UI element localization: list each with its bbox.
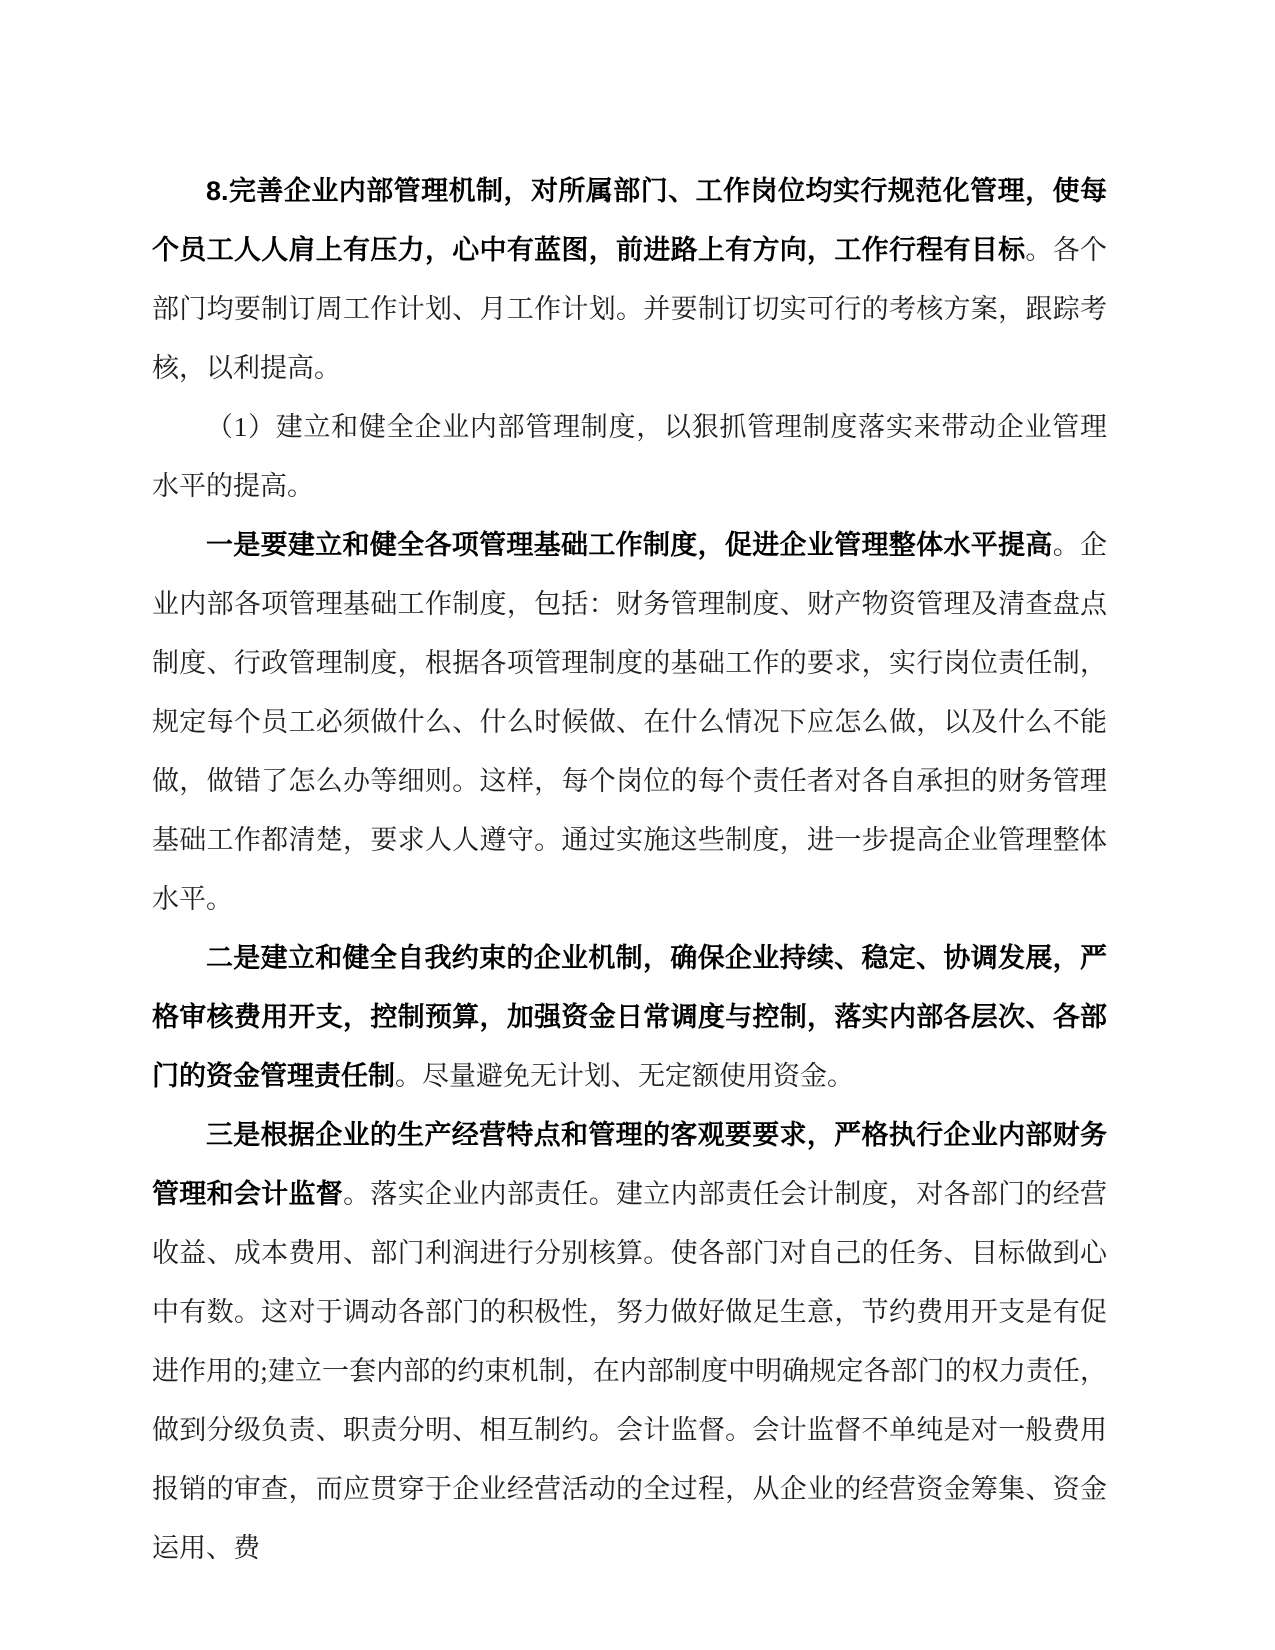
bold-text-run: 一是要建立和健全各项管理基础工作制度，促进企业管理整体水平提高 <box>206 530 1053 560</box>
text-run: 。尽量避免无计划、无定额使用资金。 <box>395 1061 854 1091</box>
bold-text-run: 8.完善企业内部管理机制，对所属部门、工作岗位均实行规范化管理，使每个员工人人肩… <box>152 176 1107 265</box>
paragraph: 二是建立和健全自我约束的企业机制，确保企业持续、稳定、协调发展，严格审核费用开支… <box>152 929 1107 1106</box>
paragraph: 三是根据企业的生产经营特点和管理的客观要要求，严格执行企业内部财务管理和会计监督… <box>152 1106 1107 1578</box>
paragraph: （1）建立和健全企业内部管理制度，以狠抓管理制度落实来带动企业管理水平的提高。 <box>152 398 1107 516</box>
document-text-area: 8.完善企业内部管理机制，对所属部门、工作岗位均实行规范化管理，使每个员工人人肩… <box>152 162 1107 1578</box>
document-page: 8.完善企业内部管理机制，对所属部门、工作岗位均实行规范化管理，使每个员工人人肩… <box>0 0 1275 1650</box>
paragraph: 一是要建立和健全各项管理基础工作制度，促进企业管理整体水平提高。企业内部各项管理… <box>152 516 1107 929</box>
text-run: 。落实企业内部责任。建立内部责任会计制度，对各部门的经营收益、成本费用、部门利润… <box>152 1179 1107 1563</box>
paragraph: 8.完善企业内部管理机制，对所属部门、工作岗位均实行规范化管理，使每个员工人人肩… <box>152 162 1107 398</box>
text-run: （1）建立和健全企业内部管理制度，以狠抓管理制度落实来带动企业管理水平的提高。 <box>152 412 1107 501</box>
text-run: 。企业内部各项管理基础工作制度，包括：财务管理制度、财产物资管理及清查盘点制度、… <box>152 530 1107 914</box>
